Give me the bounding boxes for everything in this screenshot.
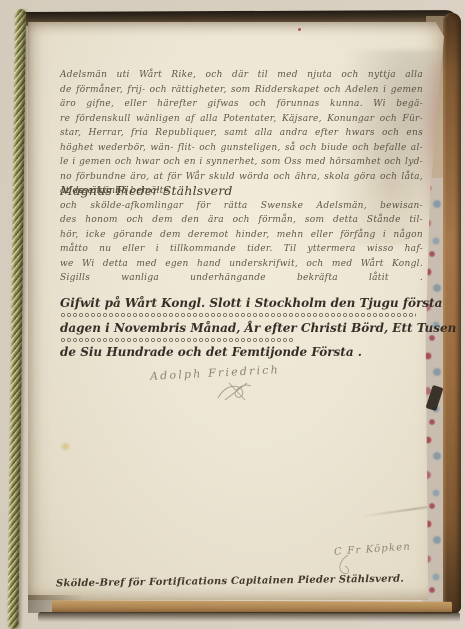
binding-right-edge — [443, 13, 461, 613]
name-line-post: , dess äkta lif- — [60, 184, 128, 199]
body-text-block: Adelsmän uti Wårt Rike, och där til med … — [60, 68, 423, 286]
red-speck — [298, 28, 301, 31]
manuscript-line: re fördenskull wänligen af alla Potentat… — [60, 112, 423, 127]
manuscript-line: höghet wederbör, wän- flit- och gunsteli… — [60, 141, 423, 156]
photograph-of-bound-manuscript: Adelsmän uti Wårt Rike, och där til med … — [0, 0, 465, 629]
bottom-edge-shadow — [38, 612, 460, 622]
calligraphic-line-filler — [60, 312, 416, 318]
manuscript-line: de förmåner, frij- och rättigheter, som … — [60, 83, 423, 98]
manuscript-line: äro gifne, eller härefter gifwas och för… — [60, 97, 423, 112]
calligraphic-line-filler — [60, 337, 294, 343]
manuscript-line: måtto nu eller i tillkommande tider. Til… — [60, 242, 423, 257]
manuscript-line: we Wi detta med egen hand underskrifwit,… — [60, 257, 423, 272]
signature-flourish — [216, 380, 254, 402]
manuscript-line-with-name: at de erkänna bemälte Magnus Pieder Stäh… — [60, 184, 423, 199]
manuscript-line: le i gemen och hwar och en i synnerhet, … — [60, 155, 423, 170]
dating-clause-line-1: Gifwit på Wårt Kongl. Slott i Stockholm … — [60, 295, 442, 312]
manuscript-line: och skölde-afkomlingar för rätta Swenske… — [60, 199, 423, 214]
manuscript-line: star, Herrar, fria Republiquer, samt all… — [60, 126, 423, 141]
binding-cord — [7, 9, 26, 629]
manuscript-line: des honom och dem den ära och förmån, so… — [60, 213, 423, 228]
dating-clause-line-2: dagen i Novembris Månad, År efter Christ… — [60, 320, 456, 337]
manuscript-line: Sigills wanliga underhängande bekräfta l… — [60, 271, 423, 286]
manuscript-line: Adelsmän uti Wårt Rike, och där til med … — [60, 68, 423, 83]
manuscript-line: no förbundne äro, at för Wår skuld wörda… — [60, 170, 423, 185]
countersignature-flourish — [336, 554, 356, 576]
manuscript-line: hör, icke görande dem deremot hinder, me… — [60, 228, 423, 243]
yellow-spot-stain — [60, 442, 71, 451]
dating-clause-line-3: de Siu Hundrade och det Femtijonde Först… — [60, 344, 362, 361]
